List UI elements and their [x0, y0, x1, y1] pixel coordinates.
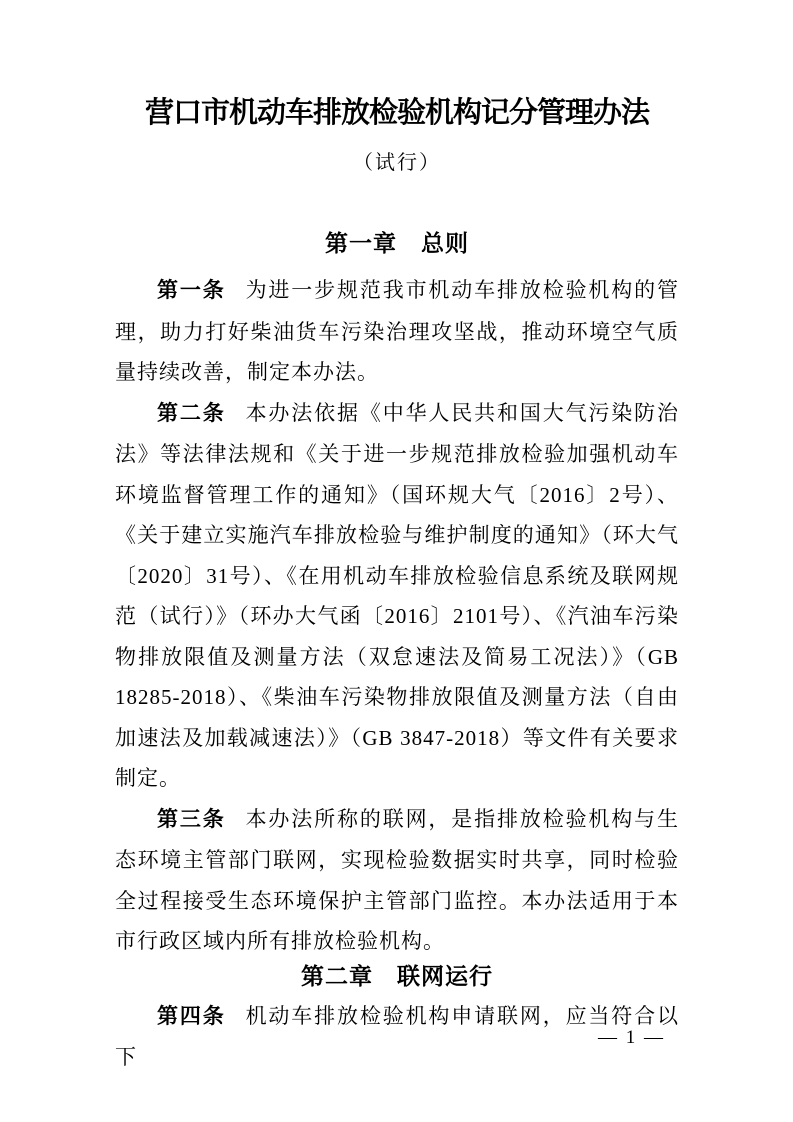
- chapter-2-heading: 第二章 联网运行: [115, 962, 679, 990]
- article-4-paragraph: 第四条机动车排放检验机构申请联网，应当符合以下: [115, 996, 679, 1078]
- article-1-paragraph: 第一条为进一步规范我市机动车排放检验机构的管理，助力打好柴油货车污染治理攻坚战，…: [115, 270, 679, 393]
- chapter-1-heading: 第一章 总则: [115, 229, 679, 257]
- article-2-paragraph: 第二条本办法依据《中华人民共和国大气污染防治法》等法律法规和《关于进一步规范排放…: [115, 393, 679, 799]
- article-3-paragraph: 第三条本办法所称的联网，是指排放检验机构与生态环境主管部门联网，实现检验数据实时…: [115, 799, 679, 962]
- article-2-text: 本办法依据《中华人民共和国大气污染防治法》等法律法规和《关于进一步规范排放检验加…: [115, 401, 679, 791]
- article-4-label: 第四条: [157, 1005, 226, 1028]
- page-number: — 1 —: [598, 1026, 665, 1050]
- article-3-label: 第三条: [157, 808, 226, 831]
- article-2-label: 第二条: [157, 402, 226, 425]
- document-title: 营口市机动车排放检验机构记分管理办法: [115, 97, 679, 130]
- article-1-label: 第一条: [157, 279, 226, 302]
- document-page: 营口市机动车排放检验机构记分管理办法 （试行） 第一章 总则 第一条为进一步规范…: [0, 0, 793, 1122]
- document-subtitle: （试行）: [115, 150, 679, 176]
